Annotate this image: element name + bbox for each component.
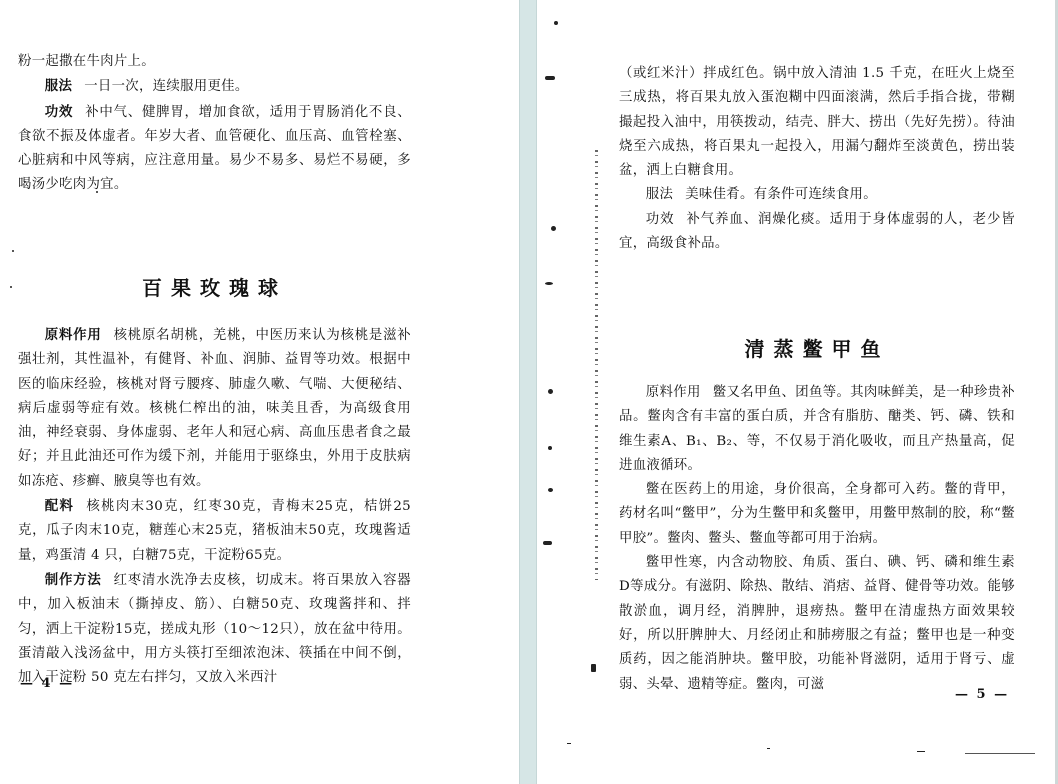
effect-text: 补中气、健脾胃，增加食欲，适用于胃肠消化不良、食欲不振及体虚者。年岁大者、血管硬… (18, 105, 411, 193)
medicinal-use-paragraph: 鳖在医药上的用途，身价很高，全身都可入药。鳖的背甲，药材名叫“鳖甲”，分为生鳖甲… (619, 478, 1015, 551)
section-term: 配料 (45, 498, 75, 514)
continuation-line: 粉一起撒在牛肉片上。 (18, 50, 411, 74)
effect-text: 补气养血、润燥化痰。适用于身体虚弱的人，老少皆宜，高级食补品。 (619, 212, 1015, 251)
left-page: 粉一起撒在牛肉片上。 服法一日一次，连续服用更佳。 功效补中气、健脾胃，增加食欲… (0, 0, 519, 784)
scan-speck (917, 751, 925, 752)
scan-speck (545, 76, 555, 80)
section-term: 原料作用 (646, 385, 701, 400)
usage-text: 一日一次，连续服用更佳。 (84, 79, 248, 94)
ingredients-effect-paragraph: 原料作用核桃原名胡桃，羌桃，中医历来认为核桃是滋补强壮剂，其性温补，有健肾、补血… (18, 323, 411, 494)
usage-term: 服法 (646, 187, 673, 202)
effect-paragraph: 功效补气养血、润燥化痰。适用于身体虚弱的人，老少皆宜，高级食补品。 (619, 208, 1015, 257)
scan-speck (96, 191, 98, 193)
ingredients-effect-paragraph: 原料作用鳖又名甲鱼、团鱼等。其肉味鲜美，是一种珍贵补品。鳖肉含有丰富的蛋白质，并… (619, 381, 1015, 478)
page-divider (519, 0, 537, 784)
method-paragraph: 制作方法红枣清水洗净去皮核，切成末。将百果放入容器中，加入板油末（撕掉皮、筋）、… (18, 568, 411, 690)
usage-paragraph: 服法一日一次，连续服用更佳。 (18, 74, 411, 99)
section-text: 鳖在医药上的用途，身价很高，全身都可入药。鳖的背甲，药材名叫“鳖甲”，分为生鳖甲… (619, 482, 1015, 546)
scan-speck (12, 250, 14, 252)
right-page: （或红米汁）拌成红色。锅中放入清油 1.5 千克，在旺火上烧至三成热，将百果丸放… (537, 0, 1056, 784)
continuation-paragraph: （或红米汁）拌成红色。锅中放入清油 1.5 千克，在旺火上烧至三成热，将百果丸放… (619, 62, 1015, 183)
recipe-title: 清蒸鳖甲鱼 (619, 333, 1015, 362)
left-recipe-body: 原料作用核桃原名胡桃，羌桃，中医历来认为核桃是滋补强壮剂，其性温补，有健肾、补血… (18, 323, 411, 690)
section-text: 核桃肉末30克，红枣30克，青梅末25克，桔饼25克，瓜子肉末10克，糖莲心末2… (18, 499, 411, 563)
scan-speck (548, 488, 553, 492)
section-text: 红枣清水洗净去皮核，切成末。将百果放入容器中，加入板油末（撕掉皮、筋）、白糖50… (18, 573, 411, 685)
section-text: 鳖甲性寒，内含动物胶、角质、蛋白、碘、钙、磷和维生素 D等成分。有滋阴、除热、散… (619, 555, 1015, 691)
usage-term: 服法 (45, 78, 72, 94)
scan-speck (591, 664, 596, 672)
section-term: 制作方法 (45, 572, 102, 588)
ingredients-paragraph: 配料核桃肉末30克，红枣30克，青梅末25克，桔饼25克，瓜子肉末10克，糖莲心… (18, 494, 411, 568)
gutter-scan-noise (595, 150, 598, 580)
right-continuation-block: （或红米汁）拌成红色。锅中放入清油 1.5 千克，在旺火上烧至三成热，将百果丸放… (619, 62, 1015, 256)
scan-speck (545, 282, 553, 285)
shell-properties-paragraph: 鳖甲性寒，内含动物胶、角质、蛋白、碘、钙、磷和维生素 D等成分。有滋阴、除热、散… (619, 551, 1015, 697)
scan-speck (548, 389, 553, 394)
effect-paragraph: 功效补中气、健脾胃，增加食欲，适用于胃肠消化不良、食欲不振及体虚者。年岁大者、血… (18, 100, 411, 198)
scan-speck (567, 743, 571, 744)
effect-term: 功效 (45, 104, 73, 120)
section-term: 原料作用 (45, 327, 102, 343)
page-number: — 5 — (955, 687, 1009, 702)
section-text: 核桃原名胡桃，羌桃，中医历来认为核桃是滋补强壮剂，其性温补，有健肾、补血、润肺、… (18, 328, 411, 489)
effect-term: 功效 (646, 212, 675, 227)
scan-line-artifact (965, 753, 1035, 754)
usage-paragraph: 服法美味佳肴。有条件可连续食用。 (619, 183, 1015, 207)
usage-text: 美味佳肴。有条件可连续食用。 (685, 187, 877, 202)
scan-speck (10, 286, 12, 288)
scan-speck (548, 446, 552, 450)
page-number: — 4 — (20, 676, 74, 691)
scan-speck (554, 21, 558, 25)
left-continuation-block: 粉一起撒在牛肉片上。 服法一日一次，连续服用更佳。 功效补中气、健脾胃，增加食欲… (18, 50, 411, 198)
right-recipe-body: 原料作用鳖又名甲鱼、团鱼等。其肉味鲜美，是一种珍贵补品。鳖肉含有丰富的蛋白质，并… (619, 381, 1015, 697)
scan-speck (551, 226, 556, 231)
scan-speck (767, 748, 770, 749)
scan-speck (543, 541, 552, 545)
recipe-title: 百果玫瑰球 (18, 272, 411, 301)
